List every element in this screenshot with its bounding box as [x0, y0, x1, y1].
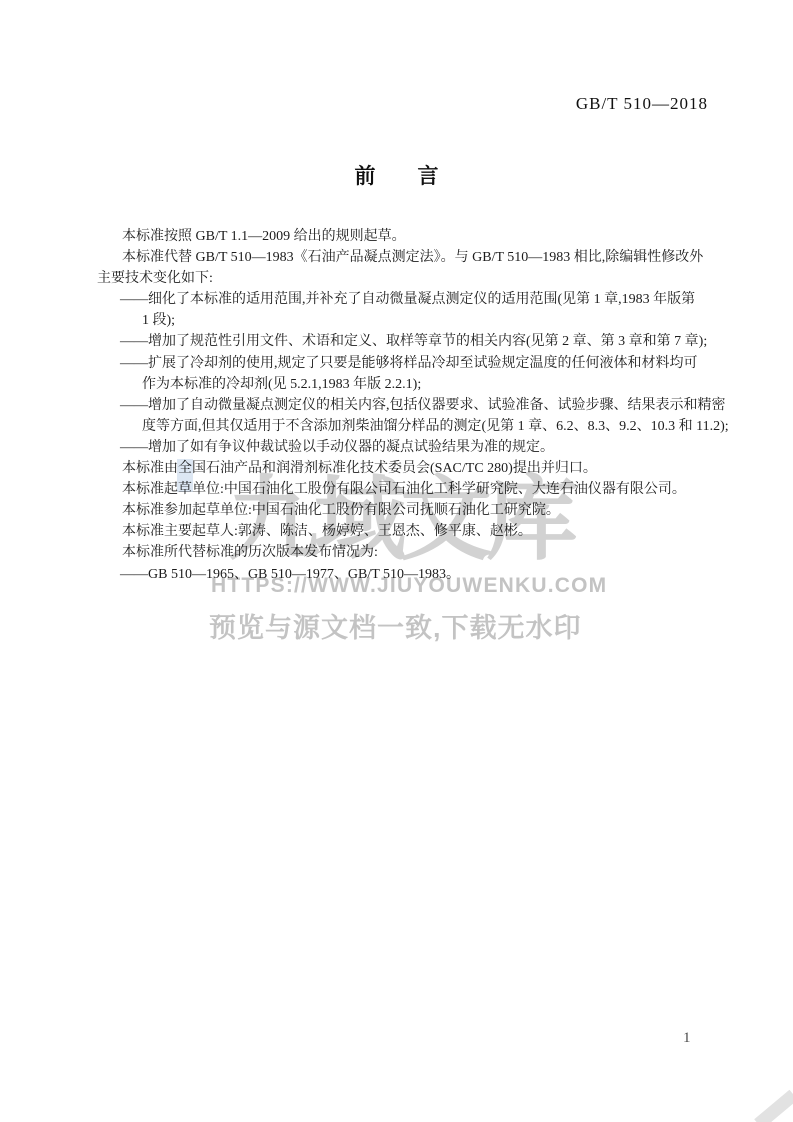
foreword-line: 1 段); — [97, 310, 715, 331]
foreword-line: 本标准起草单位:中国石油化工股份有限公司石油化工科学研究院、大连石油仪器有限公司… — [97, 479, 715, 500]
document-page: GB/T 510—2018 前 言 九域文库 HTTPS://WWW.JIUYO… — [0, 0, 793, 1122]
foreword-body: 本标准按照 GB/T 1.1—2009 给出的规则起草。本标准代替 GB/T 5… — [97, 226, 715, 585]
foreword-line: ——细化了本标准的适用范围,并补充了自动微量凝点测定仪的适用范围(见第 1 章,… — [97, 289, 715, 310]
foreword-line: ——增加了规范性引用文件、术语和定义、取样等章节的相关内容(见第 2 章、第 3… — [97, 331, 715, 352]
foreword-line: 本标准所代替标准的历次版本发布情况为: — [97, 542, 715, 563]
foreword-line: 度等方面,但其仅适用于不含添加剂柴油馏分样品的测定(见第 1 章、6.2、8.3… — [97, 416, 715, 437]
foreword-line: 主要技术变化如下: — [97, 268, 715, 289]
page-number: 1 — [683, 1030, 691, 1047]
watermark-slogan-text: 预览与源文档一致,下载无水印 — [209, 606, 582, 645]
foreword-line: ——增加了如有争议仲裁试验以手动仪器的凝点试验结果为准的规定。 — [97, 437, 715, 458]
standard-code: GB/T 510—2018 — [576, 94, 708, 114]
foreword-line: ——GB 510—1965、GB 510—1977、GB/T 510—1983。 — [97, 564, 715, 585]
page-corner-artifact — [754, 1090, 793, 1122]
foreword-line: 本标准代替 GB/T 510—1983《石油产品凝点测定法》。与 GB/T 51… — [97, 247, 715, 268]
foreword-line: 本标准按照 GB/T 1.1—2009 给出的规则起草。 — [97, 226, 715, 247]
foreword-line: 本标准由全国石油产品和润滑剂标准化技术委员会(SAC/TC 280)提出并归口。 — [97, 458, 715, 479]
page-title: 前 言 — [0, 160, 793, 190]
foreword-line: 作为本标准的冷却剂(见 5.2.1,1983 年版 2.2.1); — [97, 374, 715, 395]
foreword-line: 本标准主要起草人:郭涛、陈洁、杨婷婷、王恩杰、修平康、赵彬。 — [97, 521, 715, 542]
foreword-line: ——扩展了冷却剂的使用,规定了只要是能够将样品冷却至试验规定温度的任何液体和材料… — [97, 353, 715, 374]
foreword-line: ——增加了自动微量凝点测定仪的相关内容,包括仪器要求、试验准备、试验步骤、结果表… — [97, 395, 715, 416]
foreword-line: 本标准参加起草单位:中国石油化工股份有限公司抚顺石油化工研究院。 — [97, 500, 715, 521]
